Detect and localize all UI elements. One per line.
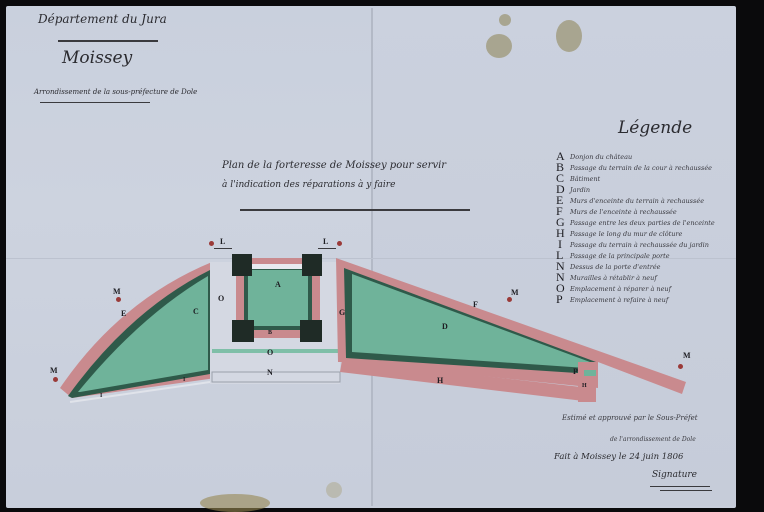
label-g: G (339, 308, 345, 317)
label-o-lower: O (267, 348, 273, 357)
area-p (584, 370, 596, 376)
marker-dot (337, 241, 342, 246)
label-i: I (183, 377, 185, 383)
label-f: F (473, 300, 478, 309)
wall-h-corner (578, 362, 596, 402)
label-l-right: L (323, 237, 328, 246)
label-i: I (100, 393, 102, 399)
label-m: M (113, 287, 121, 296)
label-l-left: L (220, 237, 225, 246)
fortress-plan (0, 0, 764, 512)
label-e: E (121, 309, 126, 318)
label-h: H (437, 376, 443, 385)
marker-dot (209, 241, 214, 246)
l-left-underline (214, 248, 232, 249)
label-d: D (442, 322, 448, 331)
marker-dot (507, 297, 512, 302)
passage-o (212, 349, 340, 353)
area-d (352, 274, 590, 368)
label-o: O (218, 294, 224, 303)
marker-dot (116, 297, 121, 302)
tower-nw (232, 254, 252, 276)
tower-ne (302, 254, 322, 276)
marker-dot (678, 364, 683, 369)
tower-se (300, 320, 322, 342)
label-b: B (268, 330, 272, 336)
label-h-corner: H (582, 383, 587, 389)
label-a: A (275, 280, 281, 289)
label-c: C (193, 307, 199, 316)
label-m: M (50, 366, 58, 375)
l-right-underline (318, 248, 336, 249)
label-m: M (683, 351, 691, 360)
marker-dot (53, 377, 58, 382)
tower-sw (232, 320, 254, 342)
label-n: N (267, 368, 273, 377)
label-p: P (573, 367, 578, 376)
keep-a (248, 270, 308, 326)
label-m: M (511, 288, 519, 297)
